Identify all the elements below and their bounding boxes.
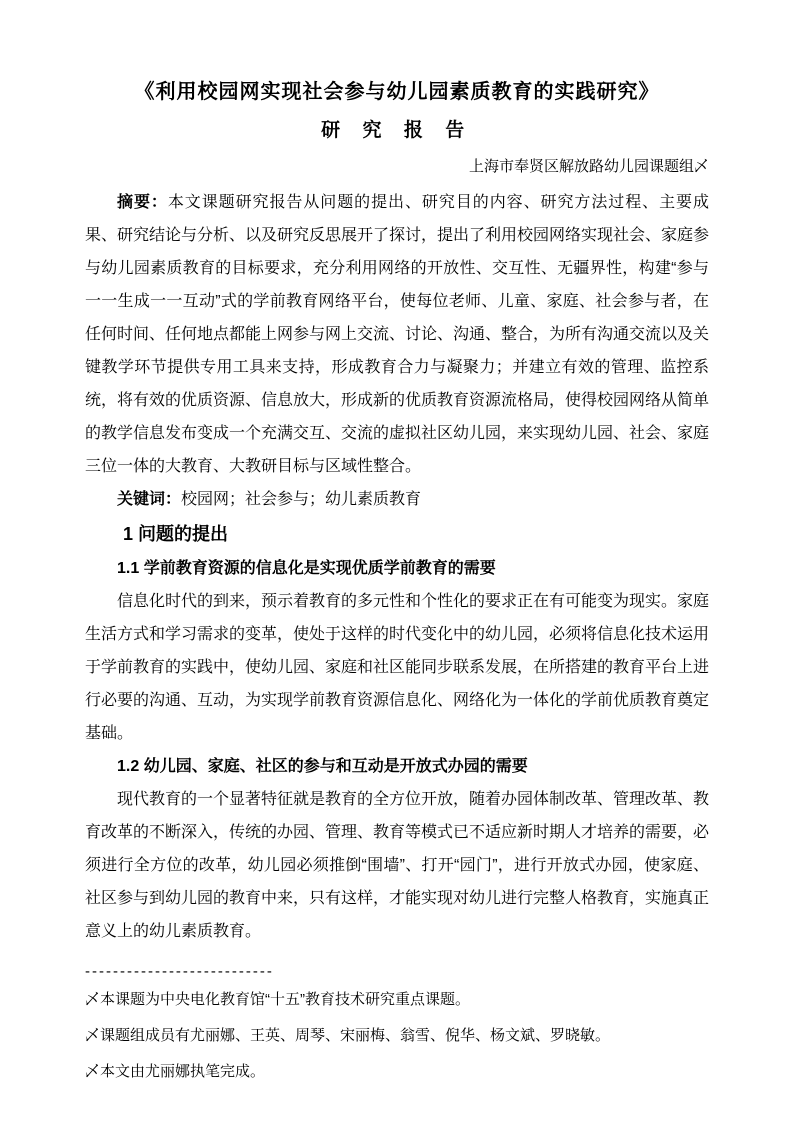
paragraph-1-2: 现代教育的一个显著特征就是教育的全方位开放，随着办园体制改革、管理改革、教育改革…: [85, 783, 709, 948]
footnote-item-2: 乄课题组成员有尤丽娜、王英、周琴、宋丽梅、翁雪、倪华、杨文斌、罗晓敏。: [85, 1018, 709, 1054]
keywords-label: 关键词：: [117, 491, 181, 508]
document-page: 《利用校园网实现社会参与幼儿园素质教育的实践研究》 研 究 报 告 上海市奉贤区…: [0, 0, 794, 1123]
footnote-item-3: 乄本文由尤丽娜执笔完成。: [85, 1054, 709, 1090]
byline: 上海市奉贤区解放路幼儿园课题组乄: [85, 156, 709, 177]
doc-subtitle: 研 究 报 告: [85, 118, 709, 144]
footnote-separator: ---------------------------: [85, 962, 709, 982]
footnote-item-1: 乄本课题为中央电化教育馆“十五”教育技术研究重点课题。: [85, 982, 709, 1018]
section-heading-1-1: 1.1 学前教育资源的信息化是实现优质学前教育的需要: [85, 552, 709, 585]
abstract-label: 摘要：: [117, 194, 168, 211]
section-heading-1-2: 1.2 幼儿园、家庭、社区的参与和互动是开放式办园的需要: [85, 750, 709, 783]
paragraph-1-1: 信息化时代的到来，预示着教育的多元性和个性化的要求正在有可能变为现实。家庭生活方…: [85, 585, 709, 750]
section-heading-1: 1 问题的提出: [85, 517, 709, 552]
abstract-text: 本文课题研究报告从问题的提出、研究目的内容、研究方法过程、主要成果、研究结论与分…: [85, 194, 709, 475]
keywords-line: 关键词：校园网；社会参与；幼儿素质教育: [85, 483, 709, 516]
abstract-paragraph: 摘要：本文课题研究报告从问题的提出、研究目的内容、研究方法过程、主要成果、研究结…: [85, 186, 709, 483]
keywords-text: 校园网；社会参与；幼儿素质教育: [181, 491, 421, 508]
doc-title: 《利用校园网实现社会参与幼儿园素质教育的实践研究》: [85, 78, 709, 106]
